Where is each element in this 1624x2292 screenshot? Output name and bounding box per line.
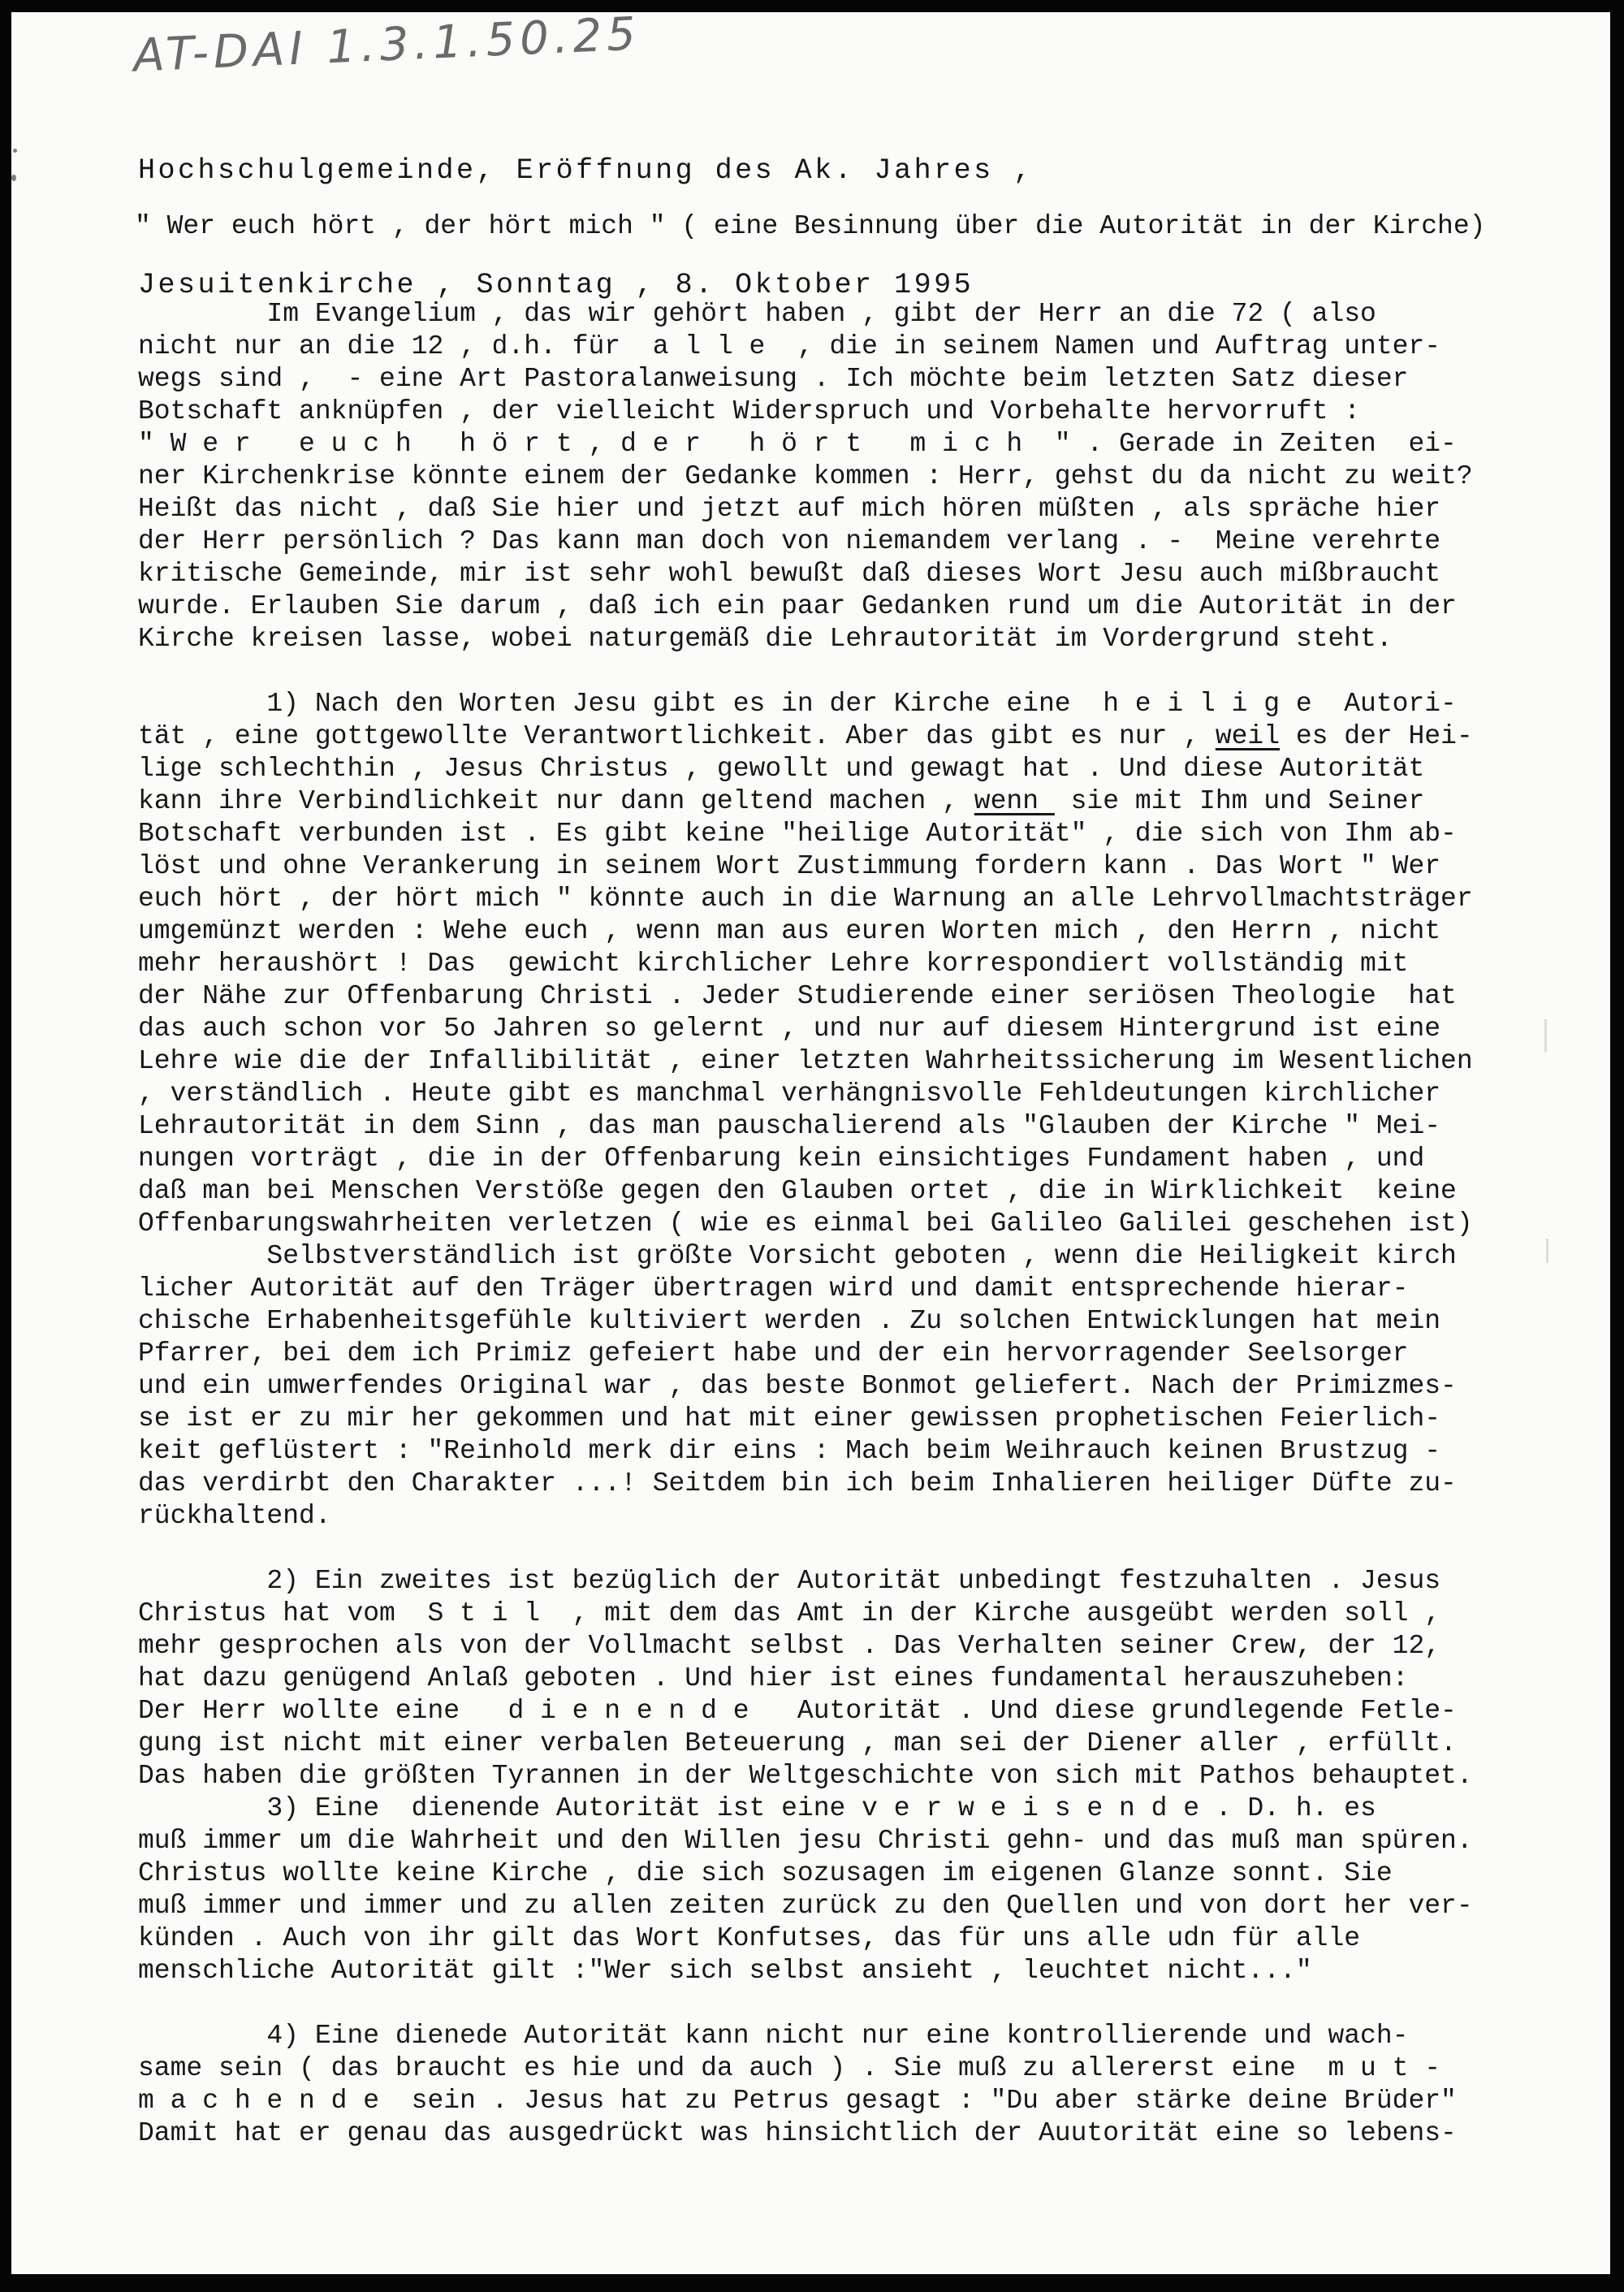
- text-line: licher Autorität auf den Träger übertrag…: [138, 1273, 1473, 1305]
- text-line: das verdirbt den Charakter ...! Seitdem …: [138, 1468, 1473, 1500]
- text-line: nungen vorträgt , die in der Offenbarung…: [138, 1143, 1473, 1175]
- text-line: menschliche Autorität gilt :"Wer sich se…: [138, 1955, 1473, 1987]
- text-line: Im Evangelium , das wir gehört haben , g…: [138, 298, 1473, 331]
- text-line: daß man bei Menschen Verstöße gegen den …: [138, 1175, 1473, 1208]
- text-line: chische Erhabenheitsgefühle kultiviert w…: [138, 1305, 1473, 1338]
- scan-artifact-streak: [1544, 1019, 1547, 1052]
- text-line: künden . Auch von ihr gilt das Wort Konf…: [138, 1922, 1473, 1955]
- text-line: Der Herr wollte eine d i e n e n d e Aut…: [138, 1695, 1473, 1728]
- text-line: m a c h e n d e sein . Jesus hat zu Petr…: [138, 2085, 1473, 2117]
- text-line: nicht nur an die 12 , d.h. für a l l e ,…: [138, 331, 1473, 363]
- text-line: 3) Eine dienende Autorität ist eine v e …: [138, 1793, 1473, 1825]
- text-line: se ist er zu mir her gekommen und hat mi…: [138, 1403, 1473, 1435]
- text-line: wurde. Erlauben Sie darum , daß ich ein …: [138, 590, 1473, 623]
- point-2-and-3-paragraph: 2) Ein zweites ist bezüglich der Autorit…: [138, 1565, 1473, 1987]
- text-line: Christus wollte keine Kirche , die sich …: [138, 1857, 1473, 1890]
- handwritten-archive-reference: AT-DAI 1.3.1.50.25: [132, 7, 641, 82]
- underlined-word: weil: [1216, 721, 1280, 751]
- text-line: rückhaltend.: [138, 1500, 1473, 1533]
- header-line-occasion: Hochschulgemeinde, Eröffnung des Ak. Jah…: [138, 152, 1034, 190]
- scan-artifact-dot: [13, 149, 17, 153]
- text-line: Offenbarungswahrheiten verletzen ( wie e…: [138, 1208, 1473, 1240]
- document-page: AT-DAI 1.3.1.50.25 Hochschulgemeinde, Er…: [11, 12, 1610, 2274]
- text-line: Christus hat vom S t i l , mit dem das A…: [138, 1598, 1473, 1630]
- text-line: Das haben die größten Tyrannen in der We…: [138, 1760, 1473, 1793]
- text-line: " W e r e u c h h ö r t , d e r h ö r t …: [138, 428, 1473, 461]
- text-line: ner Kirchenkrise könnte einem der Gedank…: [138, 461, 1473, 493]
- text-line: , verständlich . Heute gibt es manchmal …: [138, 1078, 1473, 1110]
- text-line: lige schlechthin , Jesus Christus , gewo…: [138, 753, 1473, 785]
- text-line: gung ist nicht mit einer verbalen Beteue…: [138, 1728, 1473, 1760]
- text-line: muß immer und immer und zu allen zeiten …: [138, 1890, 1473, 1922]
- text-line: wegs sind , - eine Art Pastoralanweisung…: [138, 363, 1473, 396]
- text-line: umgemünzt werden : Wehe euch , wenn man …: [138, 915, 1473, 948]
- point-4-paragraph: 4) Eine dienede Autorität kann nicht nur…: [138, 2020, 1473, 2150]
- text-line: 1) Nach den Worten Jesu gibt es in der K…: [138, 688, 1473, 720]
- text-line: Botschaft anknüpfen , der vielleicht Wid…: [138, 396, 1473, 428]
- text-line: tät , eine gottgewollte Verantwortlichke…: [138, 720, 1473, 753]
- text-line: Lehrautorität in dem Sinn , das man paus…: [138, 1110, 1473, 1143]
- text-line: das auch schon vor 5o Jahren so gelernt …: [138, 1013, 1473, 1045]
- underlined-word: wenn: [974, 786, 1055, 816]
- point-1-paragraph: 1) Nach den Worten Jesu gibt es in der K…: [138, 688, 1473, 1533]
- text-line: muß immer um die Wahrheit und den Willen…: [138, 1825, 1473, 1857]
- text-line: Selbstverständlich ist größte Vorsicht g…: [138, 1240, 1473, 1273]
- text-line: der Nähe zur Offenbarung Christi . Jeder…: [138, 980, 1473, 1013]
- text-line: löst und ohne Verankerung in seinem Wort…: [138, 850, 1473, 883]
- text-line: mehr gesprochen als von der Vollmacht se…: [138, 1630, 1473, 1663]
- text-line: kritische Gemeinde, mir ist sehr wohl be…: [138, 558, 1473, 590]
- text-line: Lehre wie die der Infallibilität , einer…: [138, 1045, 1473, 1078]
- text-line: kann ihre Verbindlichkeit nur dann gelte…: [138, 785, 1473, 818]
- document-body: Im Evangelium , das wir gehört haben , g…: [138, 298, 1473, 2150]
- text-line: euch hört , der hört mich " könnte auch …: [138, 883, 1473, 915]
- text-line: Heißt das nicht , daß Sie hier und jetzt…: [138, 493, 1473, 525]
- text-line: Pfarrer, bei dem ich Primiz gefeiert hab…: [138, 1338, 1473, 1370]
- text-line: Botschaft verbunden ist . Es gibt keine …: [138, 818, 1473, 850]
- scanned-document-frame: AT-DAI 1.3.1.50.25 Hochschulgemeinde, Er…: [0, 0, 1624, 2292]
- text-line: und ein umwerfendes Original war , das b…: [138, 1370, 1473, 1403]
- text-line: 2) Ein zweites ist bezüglich der Autorit…: [138, 1565, 1473, 1598]
- text-line: same sein ( das braucht es hie und da au…: [138, 2052, 1473, 2085]
- text-line: keit geflüstert : "Reinhold merk dir ein…: [138, 1435, 1473, 1468]
- document-title: " Wer euch hört , der hört mich " ( eine…: [135, 211, 1485, 241]
- text-line: Kirche kreisen lasse, wobei naturgemäß d…: [138, 623, 1473, 655]
- text-line: der Herr persönlich ? Das kann man doch …: [138, 525, 1473, 558]
- text-line: hat dazu genügend Anlaß geboten . Und hi…: [138, 1663, 1473, 1695]
- text-line: Damit hat er genau das ausgedrückt was h…: [138, 2117, 1473, 2150]
- text-line: mehr heraushört ! Das gewicht kirchliche…: [138, 948, 1473, 980]
- text-line: 4) Eine dienede Autorität kann nicht nur…: [138, 2020, 1473, 2052]
- scan-artifact-dot: [11, 175, 16, 181]
- intro-paragraph: Im Evangelium , das wir gehört haben , g…: [138, 298, 1473, 655]
- scan-artifact-streak: [1546, 1239, 1548, 1263]
